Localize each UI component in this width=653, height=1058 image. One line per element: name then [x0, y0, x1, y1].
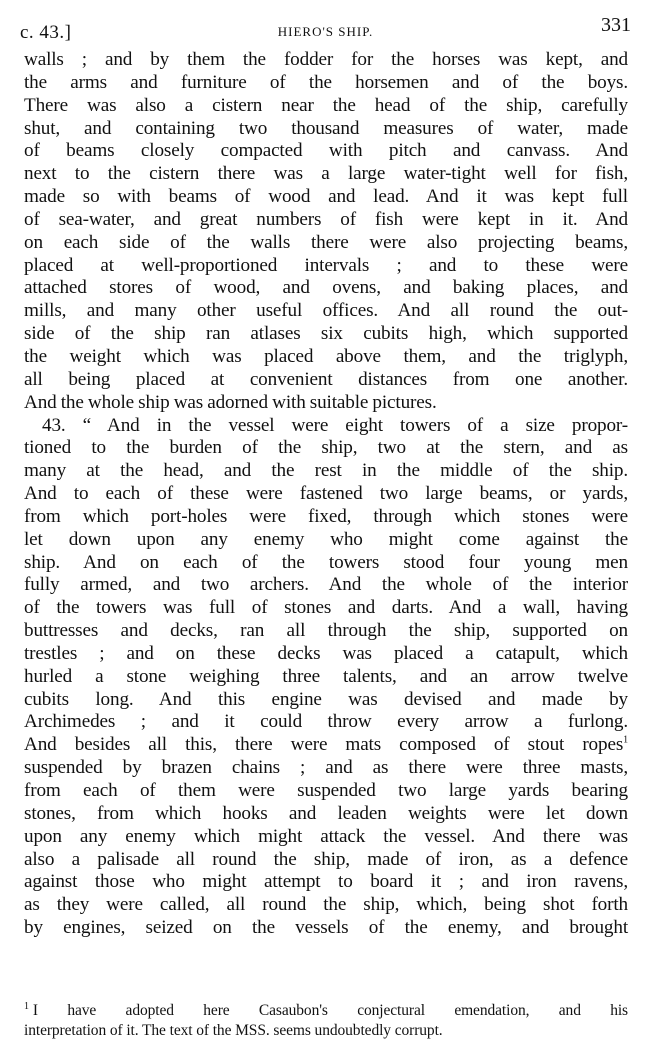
text-line: all being placed at convenient distances…: [24, 369, 628, 392]
text-line: from which port-holes were fixed, throug…: [24, 506, 628, 529]
footnote-line: interpretation of it. The text of the MS…: [24, 1021, 628, 1041]
text-line: fully armed, and two archers. And the wh…: [24, 574, 628, 597]
text-line: attached stores of wood, and ovens, and …: [24, 277, 628, 300]
text-line: on each side of the walls there were als…: [24, 232, 628, 255]
text-line: tioned to the burden of the ship, two at…: [24, 437, 628, 460]
text-line: And the whole ship was adorned with suit…: [24, 392, 628, 415]
text-line: of the towers was full of stones and dar…: [24, 597, 628, 620]
text-line: of sea-water, and great numbers of fish …: [24, 209, 628, 232]
text-line: stones, from which hooks and leaden weig…: [24, 803, 628, 826]
text-line: side of the ship ran atlases six cubits …: [24, 323, 628, 346]
page-number: 331: [601, 14, 631, 37]
text-line: the weight which was placed above them, …: [24, 346, 628, 369]
text-line-with-footnote-ref: And besides all this, there were mats co…: [24, 734, 628, 757]
text-line: walls ; and by them the fodder for the h…: [24, 49, 628, 72]
text-line: many at the head, and the rest in the mi…: [24, 460, 628, 483]
book-page: c. 43.] HIERO'S SHIP. 331 walls ; and by…: [0, 0, 653, 1058]
text-line: Archimedes ; and it could throw every ar…: [24, 711, 628, 734]
text-line: from each of them were suspended two lar…: [24, 780, 628, 803]
text-line: made so with beams of wood and lead. And…: [24, 186, 628, 209]
text-line: And to each of these were fastened two l…: [24, 483, 628, 506]
text-line: cubits long. And this engine was devised…: [24, 689, 628, 712]
footnote-marker: 1: [24, 1001, 29, 1012]
section-43-start: 43. “ And in the vessel were eight tower…: [24, 415, 628, 438]
text-line: the arms and furniture of the horsemen a…: [24, 72, 628, 95]
text-line: placed at well-proportioned intervals ; …: [24, 255, 628, 278]
footnote-reference[interactable]: 1: [623, 735, 628, 746]
footnotes: 1I have adopted here Casaubon's conjectu…: [24, 1001, 628, 1041]
footnote-line: 1I have adopted here Casaubon's conjectu…: [24, 1001, 628, 1021]
text-line: buttresses and decks, ran all through th…: [24, 620, 628, 643]
text-line: hurled a stone weighing three talents, a…: [24, 666, 628, 689]
footnote-text: I have adopted here Casaubon's conjectur…: [33, 1002, 628, 1019]
text-line: upon any enemy which might attack the ve…: [24, 826, 628, 849]
text-line: by engines, seized on the vessels of the…: [24, 917, 628, 940]
running-head: c. 43.] HIERO'S SHIP. 331: [20, 12, 631, 42]
text-line: of beams closely compacted with pitch an…: [24, 140, 628, 163]
text-line: ship. And on each of the towers stood fo…: [24, 552, 628, 575]
text-line: There was also a cistern near the head o…: [24, 95, 628, 118]
page-title: HIERO'S SHIP.: [20, 24, 631, 40]
text-line: suspended by brazen chains ; and as ther…: [24, 757, 628, 780]
text-line: shut, and containing two thousand measur…: [24, 118, 628, 141]
text-line-content: And besides all this, there were mats co…: [24, 734, 623, 755]
text-line: next to the cistern there was a large wa…: [24, 163, 628, 186]
text-line: against those who might attempt to board…: [24, 871, 628, 894]
text-line: also a palisade all round the ship, made…: [24, 849, 628, 872]
text-line: mills, and many other useful offices. An…: [24, 300, 628, 323]
text-line: as they were called, all round the ship,…: [24, 894, 628, 917]
body-text: walls ; and by them the fodder for the h…: [24, 49, 628, 940]
text-line: let down upon any enemy who might come a…: [24, 529, 628, 552]
text-line: trestles ; and on these decks was placed…: [24, 643, 628, 666]
